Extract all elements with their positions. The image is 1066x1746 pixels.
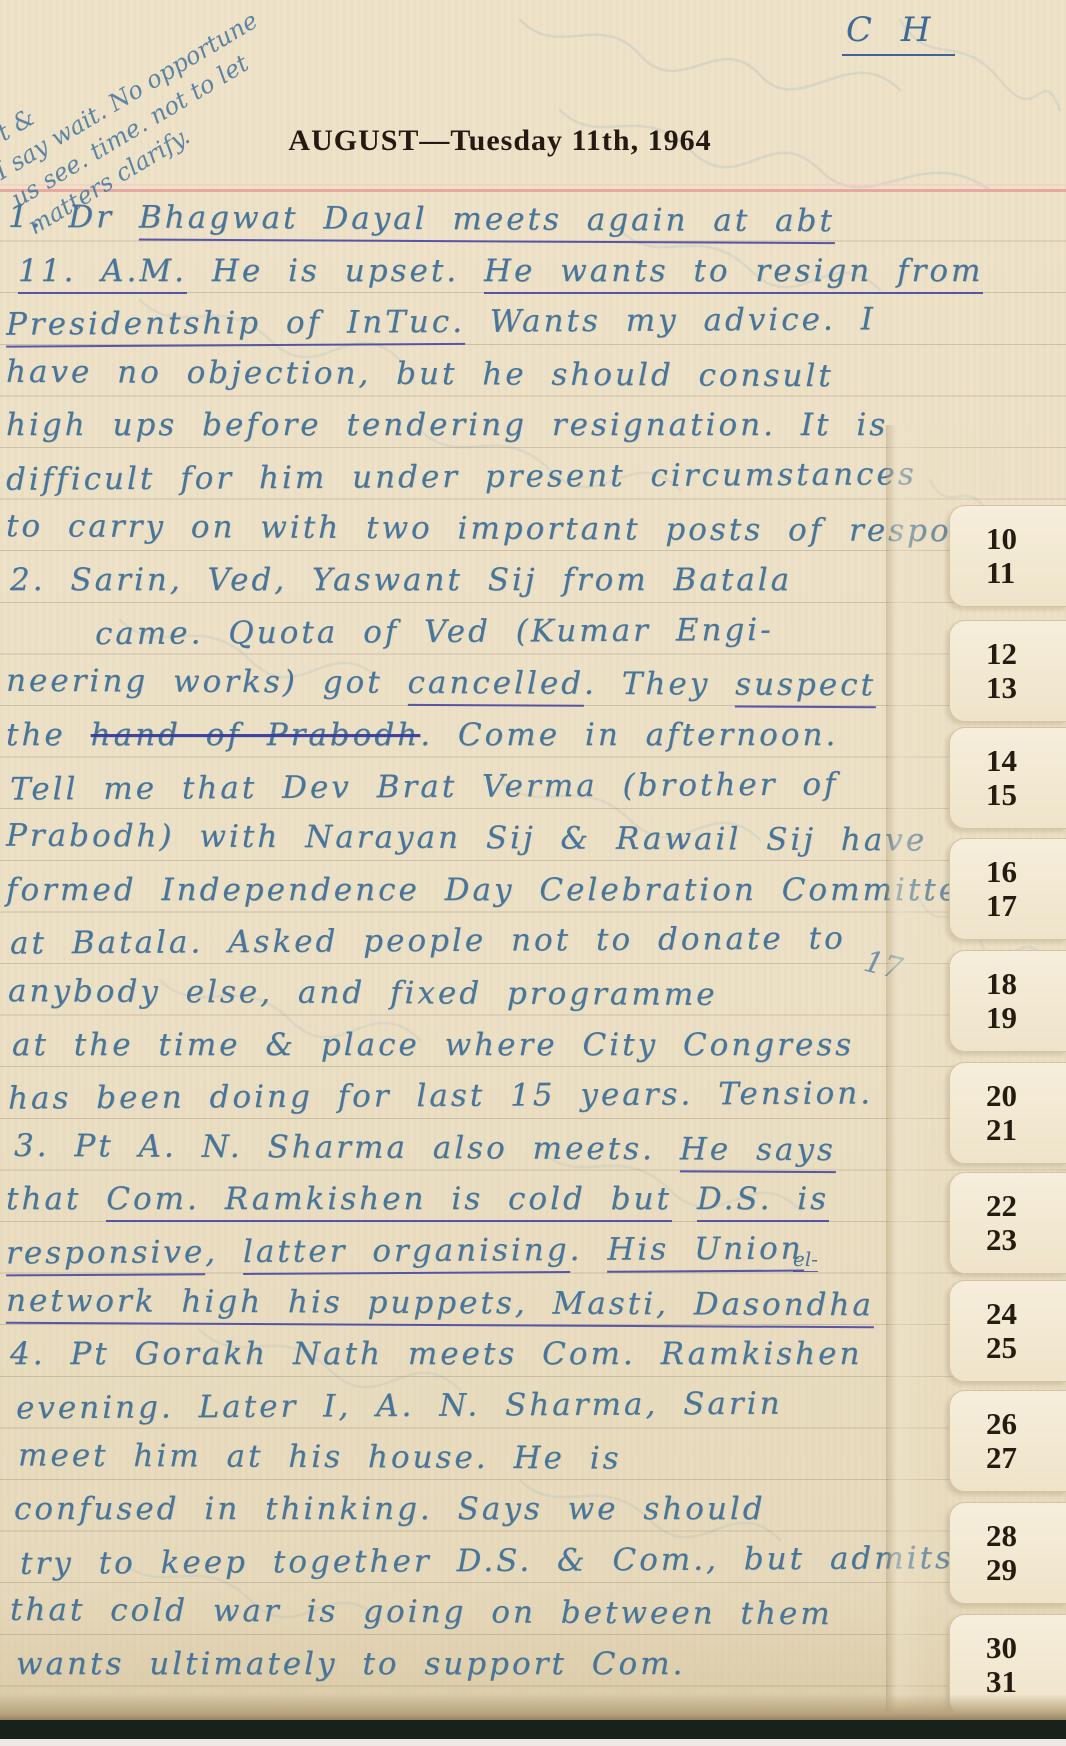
handwritten-text-segment: that cold war is going on between them <box>10 1592 833 1632</box>
handwritten-text-segment: at Batala. Asked people not to donate to <box>10 921 846 962</box>
tab-date-number: 17 <box>950 889 1066 923</box>
tab-date-number: 22 <box>950 1189 1066 1223</box>
handwritten-line: neering works) got cancelled. They suspe… <box>6 658 876 709</box>
tab-date-number: 29 <box>950 1553 1066 1587</box>
date-tab-20-21: 2021 <box>949 1062 1066 1164</box>
tab-date-number: 19 <box>950 1001 1066 1035</box>
tab-date-number: 21 <box>950 1113 1066 1147</box>
tab-date-number: 23 <box>950 1223 1066 1257</box>
handwritten-line: 4. Pt Gorakh Nath meets Com. Ramkishen <box>10 1331 862 1377</box>
handwritten-text-segment: meet him at his house. He is <box>18 1438 622 1477</box>
tab-date-number: 15 <box>950 778 1066 812</box>
paper-page: AUGUST—Tuesday 11th, 1964 C H let & I sa… <box>0 0 1066 1722</box>
handwritten-text-segment: Com. Ramkishen is cold but <box>106 1181 672 1222</box>
date-tab-26-27: 2627 <box>949 1390 1066 1492</box>
handwritten-text-segment: Tell me that Dev Brat Verma (brother of <box>10 766 839 807</box>
handwritten-line: wants ultimately to support Com. <box>16 1641 685 1687</box>
date-tab-12-13: 1213 <box>949 620 1066 722</box>
date-tab-28-29: 2829 <box>949 1502 1066 1604</box>
handwritten-text-segment: hand of Prabodh <box>91 717 421 753</box>
handwritten-text-segment <box>672 1181 697 1217</box>
tab-date-number: 20 <box>950 1079 1066 1113</box>
handwritten-line: anybody else, and fixed programme <box>8 968 718 1018</box>
handwritten-text-segment: 11. A.M. <box>18 253 187 294</box>
date-tab-18-19: 1819 <box>949 950 1066 1052</box>
handwritten-text-segment: 3. Pt A. N. Sharma also meets. <box>14 1128 680 1167</box>
date-tab-24-25: 2425 <box>949 1280 1066 1382</box>
handwritten-text-segment: . Come in afternoon. <box>420 717 838 753</box>
handwritten-text-segment: has been doing for last 15 years. Tensio… <box>8 1076 873 1117</box>
handwritten-line: have no objection, but he should consult <box>6 349 834 399</box>
tab-date-number: 13 <box>950 671 1066 705</box>
handwritten-text-segment: Bhagwat Dayal meets again at abt <box>139 200 835 245</box>
handwritten-line: try to keep together D.S. & Com., but ad… <box>20 1535 954 1587</box>
handwritten-text-segment: 1. Dr <box>8 199 139 236</box>
handwritten-text-segment: He is upset. <box>187 253 484 289</box>
handwritten-text-segment: try to keep together D.S. & Com., but ad… <box>20 1540 954 1582</box>
tab-date-number: 26 <box>950 1407 1066 1441</box>
handwritten-text-segment: wants ultimately to support Com. <box>16 1646 685 1682</box>
date-tab-14-15: 1415 <box>949 727 1066 829</box>
handwritten-line: responsive, latter organising. His Union <box>6 1226 804 1277</box>
handwritten-text-segment: suspect <box>735 667 876 709</box>
marginal-note: el- <box>793 1247 818 1272</box>
handwritten-line: Prabodh) with Narayan Sij & Rawail Sij h… <box>6 813 927 864</box>
handwritten-text-segment: . They <box>584 666 735 703</box>
tab-date-number: 10 <box>950 522 1066 556</box>
handwritten-line: high ups before tendering resignation. I… <box>6 402 888 448</box>
handwritten-text-segment: high ups before tendering resignation. I… <box>6 407 888 443</box>
handwritten-text-segment: confused in thinking. Says we should <box>14 1491 766 1527</box>
tab-date-number: 16 <box>950 855 1066 889</box>
handwritten-text-segment: His Union <box>607 1231 804 1273</box>
handwritten-line: that Com. Ramkishen is cold but D.S. is <box>6 1176 829 1222</box>
handwritten-line: confused in thinking. Says we should <box>14 1486 766 1532</box>
handwritten-line: 3. Pt A. N. Sharma also meets. He says <box>14 1123 836 1173</box>
handwritten-line: 2. Sarin, Ved, Yaswant Sij from Batala <box>10 557 792 603</box>
handwritten-line: network high his puppets, Masti, Dasondh… <box>6 1277 874 1328</box>
handwritten-text-segment: Presidentship of InTuc. <box>6 304 465 348</box>
handwritten-text-segment: He says <box>680 1131 836 1173</box>
handwritten-line: 1. Dr Bhagwat Dayal meets again at abt <box>8 194 835 244</box>
handwritten-text-segment: neering works) got <box>6 663 408 701</box>
handwritten-line: formed Independence Day Celebration Comm… <box>6 867 981 913</box>
book-cover-edge <box>0 1720 1066 1739</box>
handwritten-text-segment: network high his puppets, Masti, Dasondh… <box>6 1282 874 1328</box>
handwritten-line: at the time & place where City Congress <box>12 1022 854 1068</box>
handwritten-text-segment: anybody else, and fixed programme <box>8 973 718 1013</box>
handwritten-line: the hand of Prabodh. Come in afternoon. <box>6 712 838 758</box>
tab-date-number: 14 <box>950 744 1066 778</box>
tab-date-number: 28 <box>950 1519 1066 1553</box>
handwritten-line: has been doing for last 15 years. Tensio… <box>8 1071 873 1122</box>
page-bottom-shadow <box>0 1694 1066 1722</box>
handwritten-line: at Batala. Asked people not to donate to <box>10 916 846 967</box>
handwritten-text-segment: evening. Later I, A. N. Sharma, Sarin <box>16 1385 783 1426</box>
tab-date-number: 24 <box>950 1297 1066 1331</box>
handwritten-line: evening. Later I, A. N. Sharma, Sarin <box>16 1380 783 1431</box>
handwritten-text-segment: difficult for him under present circumst… <box>6 456 917 498</box>
handwritten-text-segment: the <box>6 717 91 753</box>
handwritten-text-segment: D.S. is <box>697 1181 829 1222</box>
diary-page-scan: AUGUST—Tuesday 11th, 1964 C H let & I sa… <box>0 0 1066 1746</box>
handwritten-line: Tell me that Dev Brat Verma (brother of <box>10 761 839 812</box>
date-tab-16-17: 1617 <box>949 838 1066 940</box>
handwritten-line: that cold war is going on between them <box>10 1587 833 1637</box>
handwritten-text-segment: formed Independence Day Celebration Comm… <box>6 872 981 908</box>
handwritten-line: meet him at his house. He is <box>18 1433 622 1482</box>
handwritten-text-segment: have no objection, but he should consult <box>6 354 834 394</box>
handwritten-text-segment: He wants to resign from <box>484 253 983 294</box>
tab-date-number: 27 <box>950 1441 1066 1475</box>
date-tab-10-11: 1011 <box>949 505 1066 607</box>
handwritten-text-segment: at the time & place where City Congress <box>12 1027 854 1063</box>
date-tab-22-23: 2223 <box>949 1172 1066 1274</box>
handwritten-line: difficult for him under present circumst… <box>6 451 917 503</box>
handwritten-line: 11. A.M. He is upset. He wants to resign… <box>18 248 983 294</box>
tab-date-number: 25 <box>950 1331 1066 1365</box>
handwritten-text-segment: 2. Sarin, Ved, Yaswant Sij from Batala <box>10 562 792 598</box>
handwritten-text-segment: responsive <box>6 1234 205 1276</box>
handwritten-text-segment: latter organising <box>243 1232 570 1275</box>
handwritten-text-segment: that <box>6 1181 106 1217</box>
handwritten-line: Presidentship of InTuc. Wants my advice.… <box>6 297 876 348</box>
handwritten-text-segment: Prabodh) with Narayan Sij & Rawail Sij h… <box>6 818 927 859</box>
handwritten-text-segment: Wants my advice. I <box>465 302 876 341</box>
handwritten-text-segment: cancelled <box>407 665 584 707</box>
tab-date-number: 11 <box>950 556 1066 590</box>
handwritten-text-segment: , <box>205 1234 243 1270</box>
tab-date-number: 30 <box>950 1631 1066 1665</box>
handwritten-text-segment: . <box>569 1232 607 1268</box>
handwritten-text-segment: 4. Pt Gorakh Nath meets Com. Ramkishen <box>10 1336 862 1372</box>
date-tab-strip: 1011121314151617181920212223242526272829… <box>886 425 1066 1715</box>
handwritten-text-segment: came. Quota of Ved (Kumar Engi- <box>95 612 774 652</box>
tab-date-number: 12 <box>950 637 1066 671</box>
tab-date-number: 18 <box>950 967 1066 1001</box>
handwritten-line: came. Quota of Ved (Kumar Engi- <box>95 607 774 657</box>
scan-background <box>0 1739 1066 1746</box>
